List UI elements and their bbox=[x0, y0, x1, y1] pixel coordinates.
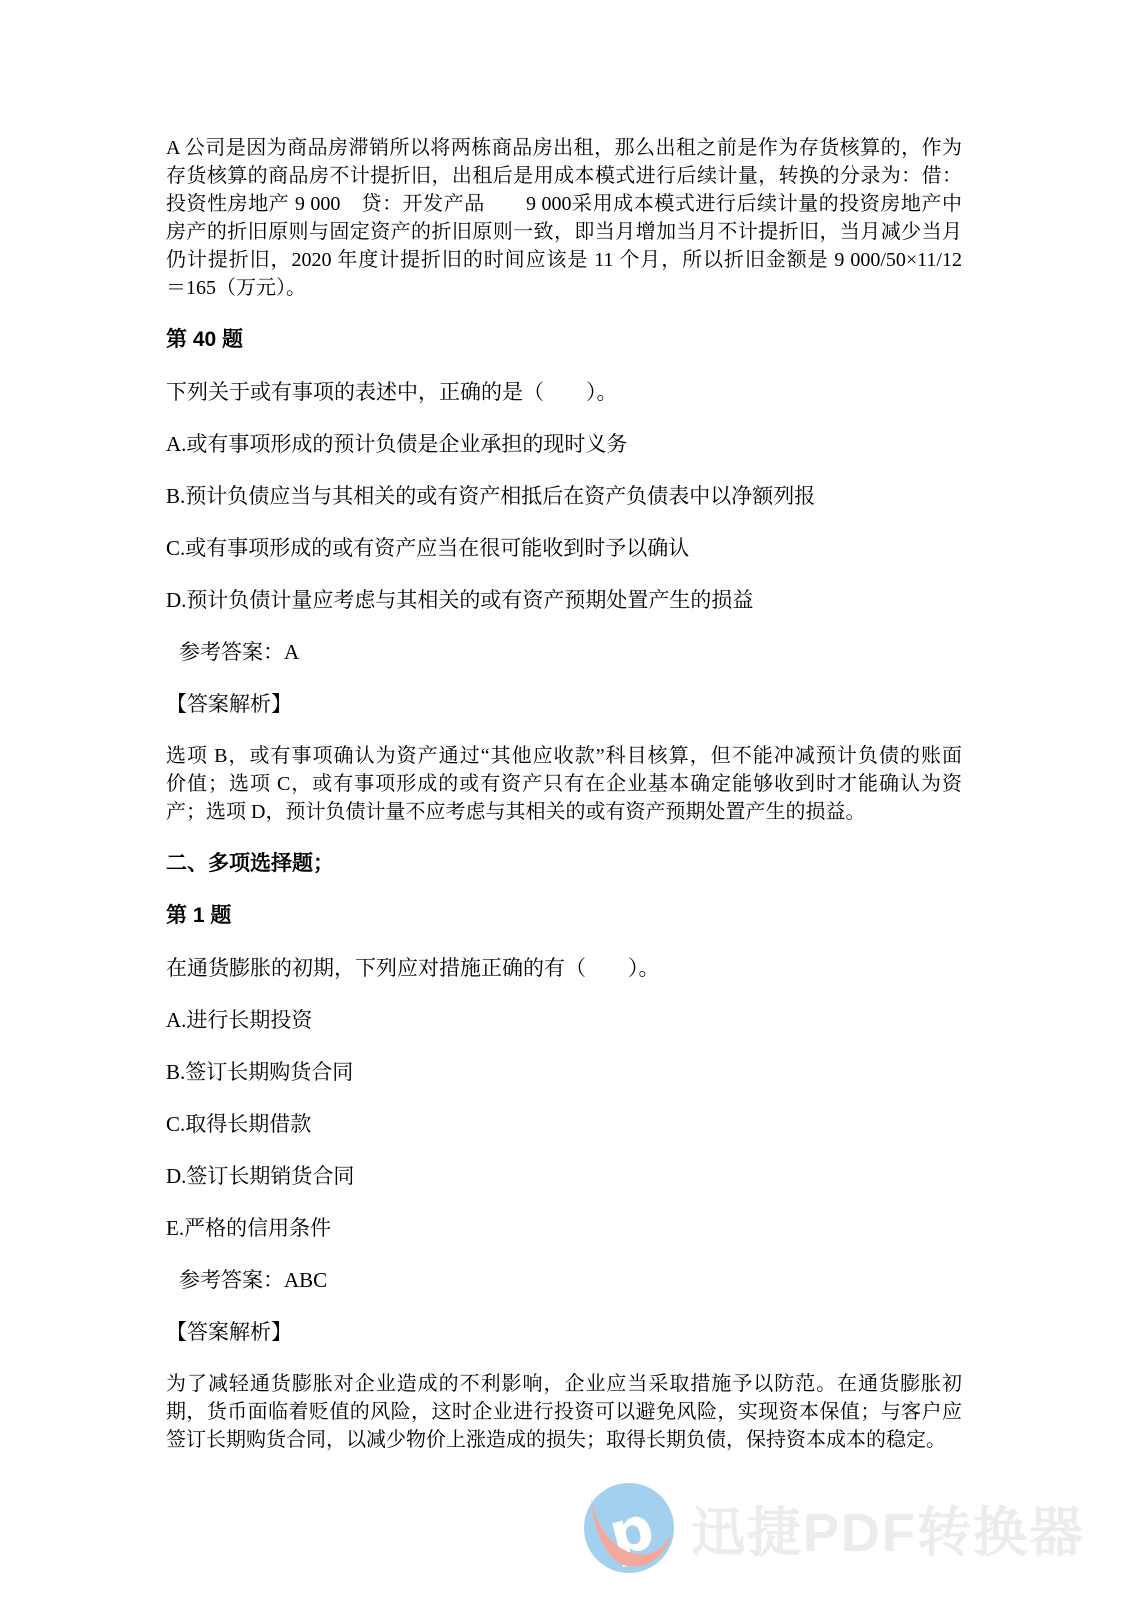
paragraph-line: 产；选项 D，预计负债计量不应考虑与其相关的或有资产预期处置产生的损益。 bbox=[166, 798, 962, 826]
paragraph-line: 签订长期购货合同，以减少物价上涨造成的损失；取得长期负债，保持资本成本的稳定。 bbox=[166, 1426, 962, 1454]
intro-paragraph: A 公司是因为商品房滞销所以将两栋商品房出租，那么出租之前是作为存货核算的，作为… bbox=[166, 134, 962, 302]
section-2-heading: 二、多项选择题； bbox=[166, 850, 962, 878]
question-40-analysis: 选项 B，或有事项确认为资产通过“其他应收款”科目核算，但不能冲减预计负债的账面… bbox=[166, 742, 962, 826]
question-1-analysis: 为了减轻通货膨胀对企业造成的不利影响，企业应当采取措施予以防范。在通货膨胀初期，… bbox=[166, 1370, 962, 1454]
question-1-options: A.进行长期投资B.签订长期购货合同C.取得长期借款D.签订长期销货合同E.严格… bbox=[166, 1006, 962, 1242]
question-40-option: C.或有事项形成的或有资产应当在很可能收到时予以确认 bbox=[166, 534, 962, 562]
question-1-option: E.严格的信用条件 bbox=[166, 1214, 962, 1242]
question-40-analysis-heading: 【答案解析】 bbox=[166, 690, 962, 718]
paragraph-line: 房产的折旧原则与固定资产的折旧原则一致，即当月增加当月不计提折旧，当月减少当月 bbox=[166, 218, 962, 246]
paragraph-line: ＝165（万元）。 bbox=[166, 274, 962, 302]
question-1-option: A.进行长期投资 bbox=[166, 1006, 962, 1034]
paragraph-line: 为了减轻通货膨胀对企业造成的不利影响，企业应当采取措施予以防范。在通货膨胀初 bbox=[166, 1370, 962, 1398]
paragraph-line: 选项 B，或有事项确认为资产通过“其他应收款”科目核算，但不能冲减预计负债的账面 bbox=[166, 742, 962, 770]
paragraph-line: 投资性房地产 9 000 贷：开发产品 9 000采用成本模式进行后续计量的投资… bbox=[166, 190, 962, 218]
question-1-stem: 在通货膨胀的初期，下列应对措施正确的有（ ）。 bbox=[166, 954, 962, 982]
question-40-options: A.或有事项形成的预计负债是企业承担的现时义务B.预计负债应当与其相关的或有资产… bbox=[166, 430, 962, 614]
paragraph-line: 仍计提折旧，2020 年度计提折旧的时间应该是 11 个月，所以折旧金额是 9 … bbox=[166, 246, 962, 274]
document-page: A 公司是因为商品房滞销所以将两栋商品房出租，那么出租之前是作为存货核算的，作为… bbox=[166, 134, 962, 1478]
question-1-heading: 第 1 题 bbox=[166, 902, 962, 930]
paragraph-line: 期，货币面临着贬值的风险，这时企业进行投资可以避免风险，实现资本保值；与客户应 bbox=[166, 1398, 962, 1426]
watermark: p 迅捷PDF转换器 bbox=[583, 1482, 1085, 1574]
paragraph-line: 价值；选项 C，或有事项形成的或有资产只有在企业基本确定能够收到时才能确认为资 bbox=[166, 770, 962, 798]
question-40-option: A.或有事项形成的预计负债是企业承担的现时义务 bbox=[166, 430, 962, 458]
question-1-option: D.签订长期销货合同 bbox=[166, 1162, 962, 1190]
question-40-answer: 参考答案：A bbox=[166, 638, 962, 666]
question-40-option: D.预计负债计量应考虑与其相关的或有资产预期处置产生的损益 bbox=[166, 586, 962, 614]
question-40-option: B.预计负债应当与其相关的或有资产相抵后在资产负债表中以净额列报 bbox=[166, 482, 962, 510]
question-40-heading: 第 40 题 bbox=[166, 326, 962, 354]
paragraph-line: A 公司是因为商品房滞销所以将两栋商品房出租，那么出租之前是作为存货核算的，作为 bbox=[166, 134, 962, 162]
pdf-converter-logo-icon: p bbox=[583, 1482, 675, 1574]
question-1-option: B.签订长期购货合同 bbox=[166, 1058, 962, 1086]
question-1-analysis-heading: 【答案解析】 bbox=[166, 1318, 962, 1346]
question-1-answer: 参考答案：ABC bbox=[166, 1266, 962, 1294]
watermark-text: 迅捷PDF转换器 bbox=[691, 1490, 1085, 1567]
question-40-stem: 下列关于或有事项的表述中，正确的是（ ）。 bbox=[166, 378, 962, 406]
question-1-option: C.取得长期借款 bbox=[166, 1110, 962, 1138]
paragraph-line: 存货核算的商品房不计提折旧，出租后是用成本模式进行后续计量，转换的分录为：借： bbox=[166, 162, 962, 190]
